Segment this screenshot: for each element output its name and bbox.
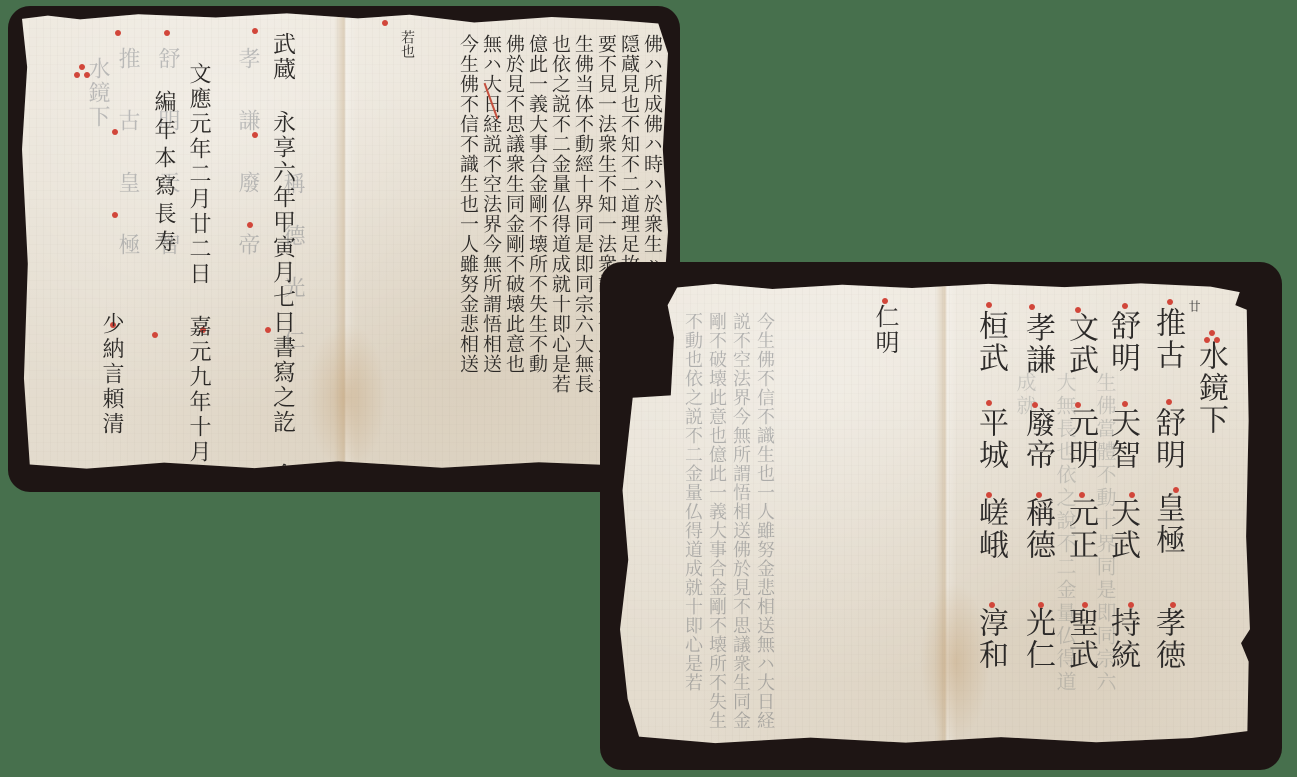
text-column: 億此一義大事合金剛不壊所不失生不動 <box>527 34 546 374</box>
emperor-name: 孝謙 <box>1022 312 1052 376</box>
emperor-name: 平城 <box>975 407 1005 471</box>
colophon-line: 編年本寫長寿 <box>152 90 174 258</box>
red-mark <box>1166 399 1172 405</box>
text-column: 今生佛不信不識生也一人雖努金悲相送 <box>458 34 477 374</box>
emperor-name: 文武 <box>1065 312 1095 376</box>
bleed-through-text: 今生佛不信不識生也一人雖努金悲相送無ハ大日経説不空法界今無所謂悟相送佛於見不思議… <box>680 312 776 732</box>
colophon-line: 武蔵 永享六年甲寅月七日書寫之訖 金剛佛子宗我 <box>270 32 293 470</box>
emperor-name: 嵯峨 <box>975 497 1005 561</box>
red-mark <box>1122 303 1128 309</box>
red-mark <box>74 72 80 78</box>
separate-heading: 仁明 <box>873 304 897 356</box>
text-column: 佛於見不思議衆生同金剛不破壊此意也 <box>504 34 523 374</box>
emperor-name: 淳和 <box>975 607 1005 671</box>
red-mark <box>1036 492 1042 498</box>
text-column: 生佛当体不動經十界同是即同宗六大無長 <box>573 34 592 394</box>
faint-index-column: 孝謙廢帝 <box>236 47 258 295</box>
faint-index-column: 水鏡下 <box>86 57 108 129</box>
red-mark <box>1214 337 1220 343</box>
left-document: 水鏡下 推古皇極 舒明天智 孝謙廢帝 稱德光仁 武蔵 永享六年甲寅月七日書寫之訖… <box>22 12 668 470</box>
red-mark <box>986 400 992 406</box>
red-mark <box>1170 602 1176 608</box>
colophon-line: 少納言頼清 三三 春秋 <box>100 312 122 470</box>
red-mark <box>84 72 90 78</box>
emperor-name: 皇極 <box>1152 492 1182 556</box>
red-mark <box>1075 402 1081 408</box>
document-title: 水鏡下 <box>1195 340 1225 436</box>
emperor-name: 元明 <box>1065 407 1095 471</box>
red-mark <box>247 222 253 228</box>
red-mark <box>252 28 258 34</box>
red-mark <box>79 64 85 70</box>
right-document: 今生佛不信不識生也一人雖努金悲相送無ハ大日経説不空法界今無所謂悟相送佛於見不思議… <box>620 282 1255 745</box>
emperor-name: 推古 <box>1152 307 1182 371</box>
text-column: 也依之説不二金量仏得道成就十即心是若 <box>550 34 569 394</box>
emperor-name: 聖武 <box>1065 607 1095 671</box>
emperor-name: 天武 <box>1107 497 1137 561</box>
red-mark <box>1209 330 1215 336</box>
colophon-line: 文應元年二月廿二日 嘉元九年十月十日書來十一日終極 <box>187 62 209 470</box>
red-mark <box>152 332 158 338</box>
stain <box>307 322 387 470</box>
red-mark <box>1075 307 1081 313</box>
red-mark <box>989 602 995 608</box>
emperor-name: 持統 <box>1107 607 1137 671</box>
red-mark <box>1122 401 1128 407</box>
title-annotation: 廿 <box>1188 300 1200 312</box>
emperor-name: 稱德 <box>1022 497 1052 561</box>
emperor-name: 天智 <box>1107 407 1137 471</box>
red-mark <box>252 132 258 138</box>
red-mark <box>112 212 118 218</box>
faint-index-column: 推古皇極 <box>116 47 138 295</box>
text-column: 若也 <box>400 30 414 58</box>
red-mark <box>1167 299 1173 305</box>
emperor-name: 孝徳 <box>1152 607 1182 671</box>
emperor-name: 元正 <box>1065 497 1095 561</box>
red-mark <box>1128 602 1134 608</box>
red-mark <box>164 30 170 36</box>
red-mark <box>115 30 121 36</box>
red-mark <box>1173 487 1179 493</box>
red-mark <box>1082 602 1088 608</box>
red-mark <box>986 492 992 498</box>
red-mark <box>1038 602 1044 608</box>
emperor-name: 光仁 <box>1022 607 1052 671</box>
red-mark <box>986 302 992 308</box>
red-mark <box>1129 492 1135 498</box>
emperor-name: 舒明 <box>1152 407 1182 471</box>
red-mark <box>882 298 888 304</box>
emperor-name: 舒明 <box>1107 310 1137 374</box>
red-mark <box>1204 337 1210 343</box>
red-mark <box>1079 492 1085 498</box>
emperor-name: 廢帝 <box>1022 407 1052 471</box>
red-mark <box>112 129 118 135</box>
emperor-name: 桓武 <box>975 310 1005 374</box>
red-mark <box>1029 304 1035 310</box>
red-mark <box>1032 402 1038 408</box>
red-mark <box>382 20 388 26</box>
